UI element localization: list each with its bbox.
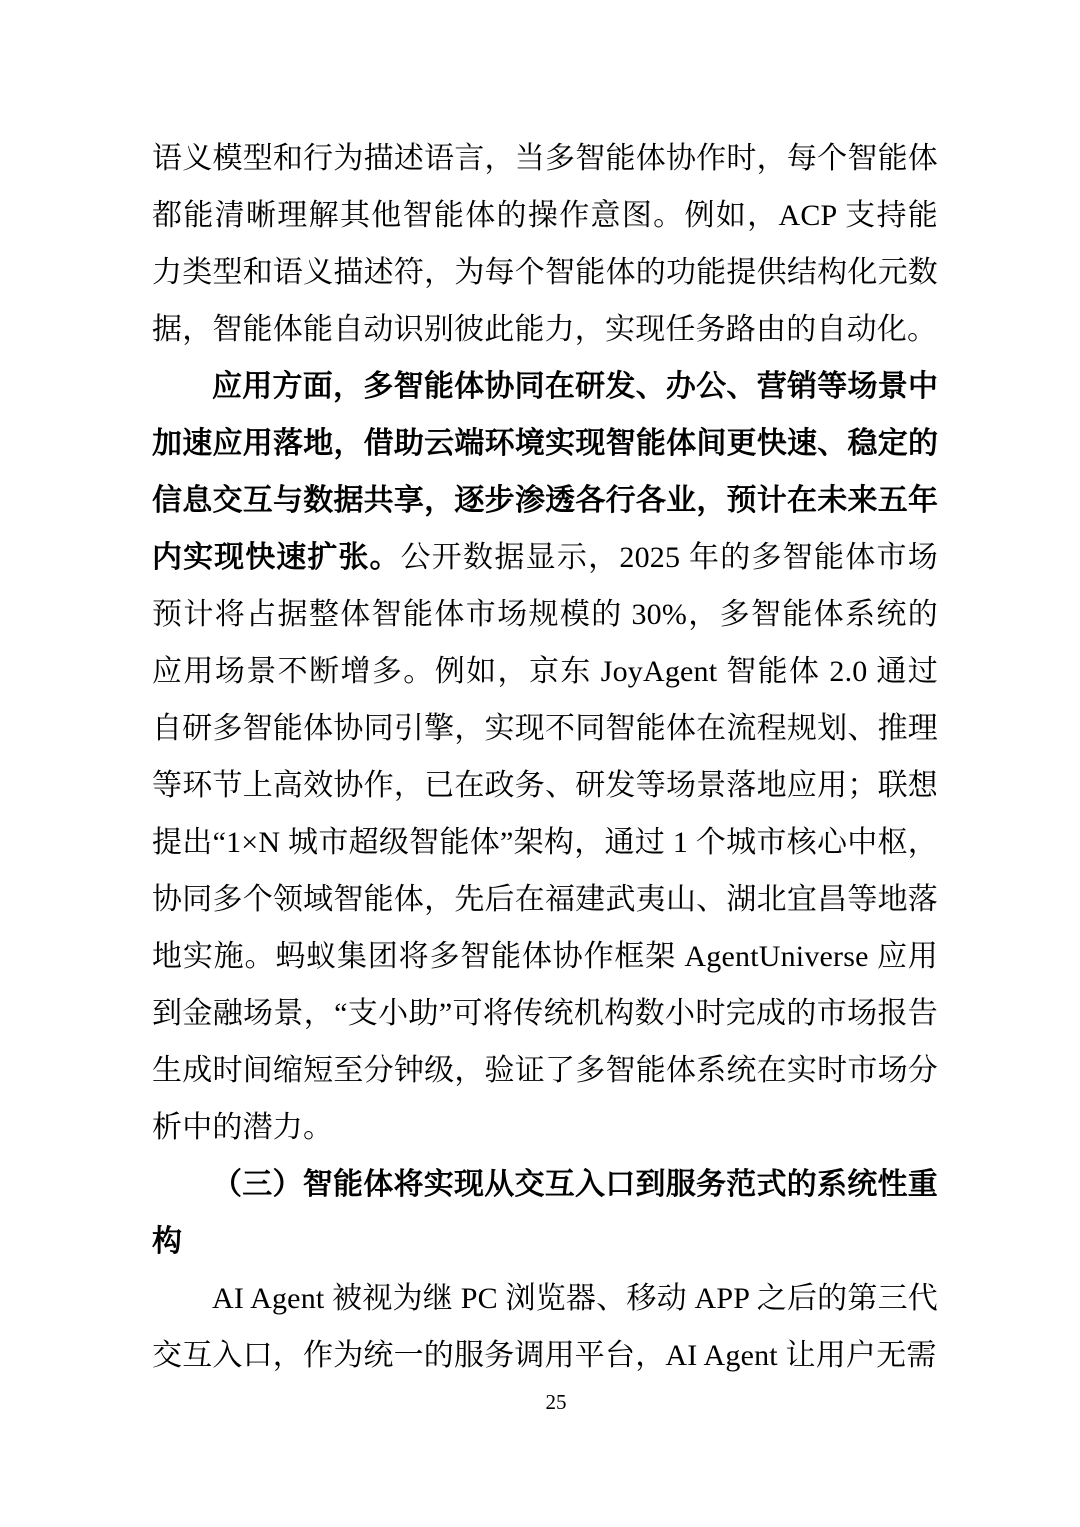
page-number: 25: [16, 1388, 1080, 1416]
section-heading: （三）智能体将实现从交互入口到服务范式的系统性重构: [152, 1156, 938, 1270]
paragraph-continuation-text: 语义模型和行为描述语言，当多智能体协作时，每个智能体都能清晰理解其他智能体的操作…: [152, 142, 938, 346]
paragraph-ai-agent-text: AI Agent 被视为继 PC 浏览器、移动 APP 之后的第三代交互入口，作…: [152, 1282, 938, 1372]
paragraph-ai-agent: AI Agent 被视为继 PC 浏览器、移动 APP 之后的第三代交互入口，作…: [152, 1270, 938, 1384]
paragraph-application-body: 公开数据显示，2025 年的多智能体市场预计将占据整体智能体市场规模的 30%，…: [152, 541, 938, 1144]
document-page: 语义模型和行为描述语言，当多智能体协作时，每个智能体都能清晰理解其他智能体的操作…: [0, 0, 1080, 1527]
paragraph-continuation: 语义模型和行为描述语言，当多智能体协作时，每个智能体都能清晰理解其他智能体的操作…: [152, 130, 938, 358]
paragraph-application: 应用方面，多智能体协同在研发、办公、营销等场景中加速应用落地，借助云端环境实现智…: [152, 358, 938, 1156]
section-heading-text: （三）智能体将实现从交互入口到服务范式的系统性重构: [152, 1168, 938, 1258]
